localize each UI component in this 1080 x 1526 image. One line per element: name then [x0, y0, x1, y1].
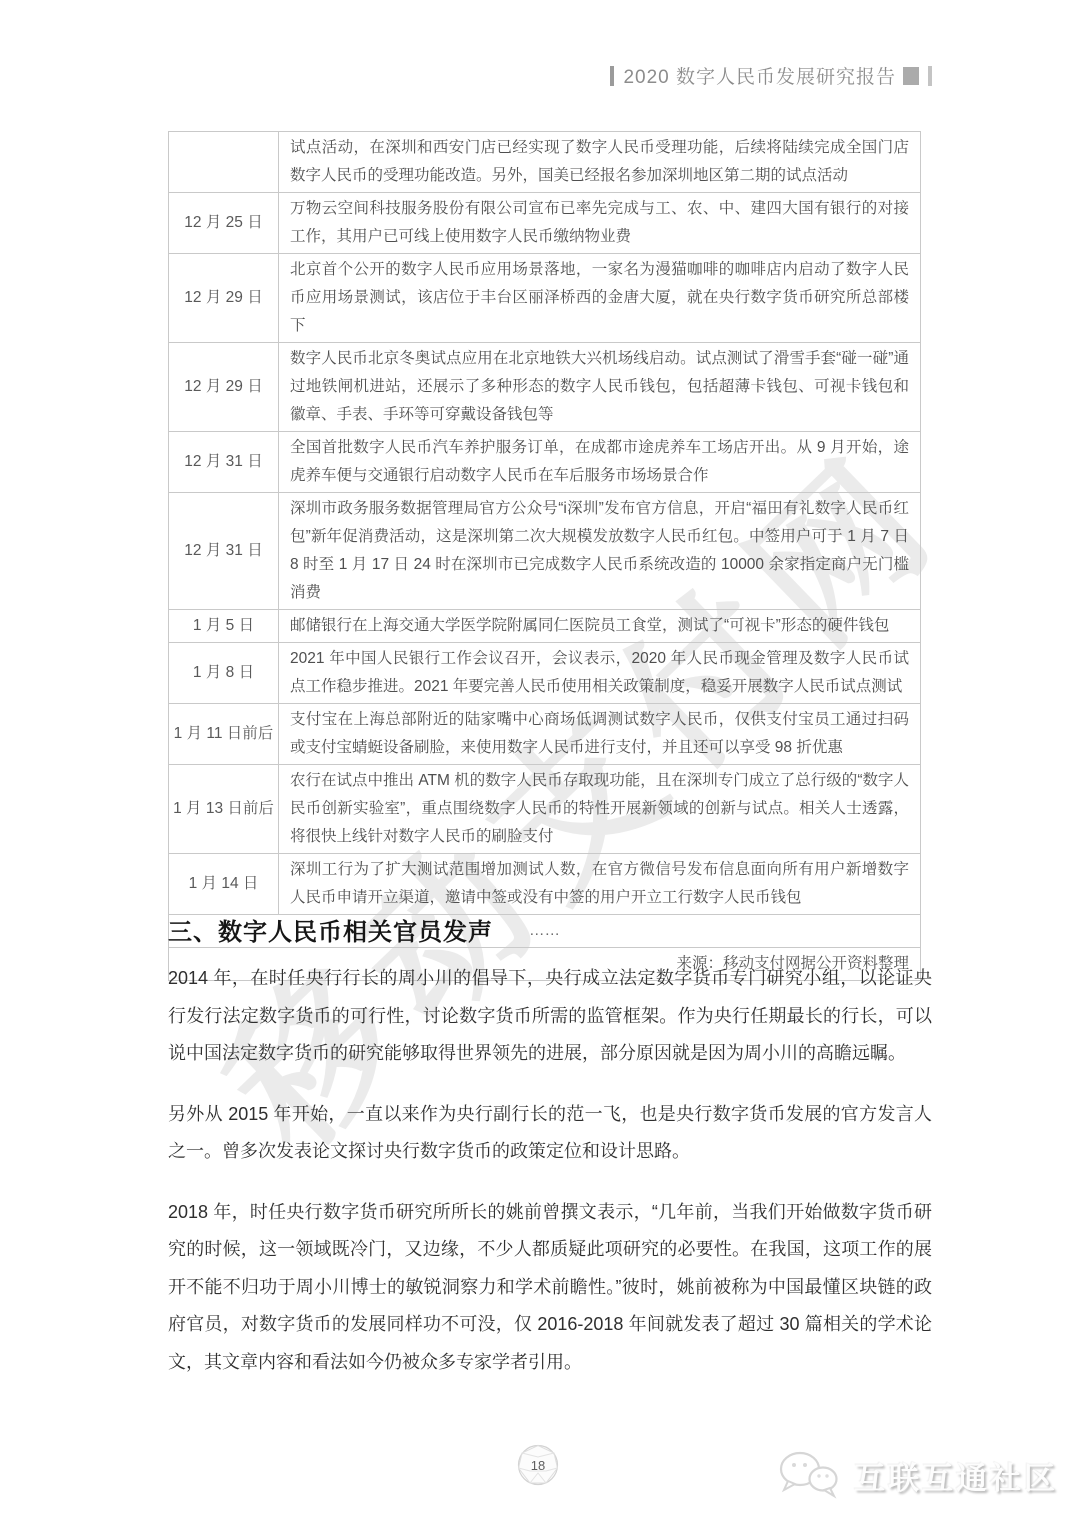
header-square-mark	[903, 67, 919, 85]
community-logo: 互联互通社区	[776, 1448, 1058, 1502]
report-page: 移动支付网 2020 数字人民币发展研究报告 试点活动，在深圳和西安门店已经实现…	[0, 0, 1080, 1526]
chat-bubbles-icon	[776, 1448, 842, 1502]
table-row: 1 月 8 日 2021 年中国人民银行工作会议召开，会议表示，2020 年人民…	[169, 643, 921, 704]
event-cell: 北京首个公开的数字人民币应用场景落地，一家名为漫猫咖啡的咖啡店内启动了数字人民币…	[279, 254, 921, 343]
event-cell: 万物云空间科技服务股份有限公司宣布已率先完成与工、农、中、建四大国有银行的对接工…	[279, 193, 921, 254]
event-cell: 全国首批数字人民币汽车养护服务订单，在成都市途虎养车工场店开出。从 9 月开始，…	[279, 432, 921, 493]
timeline-table: 试点活动，在深圳和西安门店已经实现了数字人民币受理功能，后续将陆续完成全国门店数…	[168, 131, 921, 981]
page-number-emblem: 18	[516, 1443, 560, 1489]
event-cell: 数字人民币北京冬奥试点应用在北京地铁大兴机场线启动。试点测试了滑雪手套“碰一碰”…	[279, 343, 921, 432]
date-cell: 1 月 13 日前后	[169, 765, 279, 854]
date-cell: 12 月 25 日	[169, 193, 279, 254]
table-row: 1 月 11 日前后 支付宝在上海总部附近的陆家嘴中心商场低调测试数字人民币，仅…	[169, 704, 921, 765]
table-row: 12 月 31 日 全国首批数字人民币汽车养护服务订单，在成都市途虎养车工场店开…	[169, 432, 921, 493]
event-cell: 试点活动，在深圳和西安门店已经实现了数字人民币受理功能，后续将陆续完成全国门店数…	[279, 132, 921, 193]
table-row: 1 月 5 日 邮储银行在上海交通大学医学院附属同仁医院员工食堂，测试了“可视卡…	[169, 610, 921, 643]
paragraph: 2014 年，在时任央行行长的周小川的倡导下，央行成立法定数字货币专门研究小组，…	[168, 960, 932, 1073]
date-cell	[169, 132, 279, 193]
date-cell: 1 月 14 日	[169, 854, 279, 915]
table-row: 12 月 31 日 深圳市政务服务数据管理局官方公众号“i深圳”发布官方信息，开…	[169, 493, 921, 610]
event-cell: 支付宝在上海总部附近的陆家嘴中心商场低调测试数字人民币，仅供支付宝员工通过扫码或…	[279, 704, 921, 765]
section-heading: 三、数字人民币相关官员发声	[168, 912, 493, 947]
event-cell: 邮储银行在上海交通大学医学院附属同仁医院员工食堂，测试了“可视卡”形态的硬件钱包	[279, 610, 921, 643]
paragraph: 另外从 2015 年开始，一直以来作为央行副行长的范一飞，也是央行数字货币发展的…	[168, 1096, 932, 1171]
table-row: 12 月 29 日 数字人民币北京冬奥试点应用在北京地铁大兴机场线启动。试点测试…	[169, 343, 921, 432]
date-cell: 12 月 29 日	[169, 343, 279, 432]
event-cell: 深圳工行为了扩大测试范围增加测试人数，在官方微信号发布信息面向所有用户新增数字人…	[279, 854, 921, 915]
date-cell: 1 月 11 日前后	[169, 704, 279, 765]
section-body: 2014 年，在时任央行行长的周小川的倡导下，央行成立法定数字货币专门研究小组，…	[168, 960, 932, 1404]
event-cell: 农行在试点中推出 ATM 机的数字人民币存取现功能，且在深圳专门成立了总行级的“…	[279, 765, 921, 854]
header-right-bar	[928, 66, 932, 86]
date-cell: 1 月 5 日	[169, 610, 279, 643]
paragraph: 2018 年，时任央行数字货币研究所所长的姚前曾撰文表示，“几年前，当我们开始做…	[168, 1194, 932, 1382]
date-cell: 12 月 31 日	[169, 493, 279, 610]
report-title: 2020 数字人民币发展研究报告	[623, 62, 896, 89]
date-cell: 1 月 8 日	[169, 643, 279, 704]
table-row: 12 月 29 日 北京首个公开的数字人民币应用场景落地，一家名为漫猫咖啡的咖啡…	[169, 254, 921, 343]
date-cell: 12 月 31 日	[169, 432, 279, 493]
date-cell: 12 月 29 日	[169, 254, 279, 343]
header-left-bar	[610, 66, 614, 86]
page-number: 18	[516, 1443, 560, 1487]
table-row: 12 月 25 日 万物云空间科技服务股份有限公司宣布已率先完成与工、农、中、建…	[169, 193, 921, 254]
page-header: 2020 数字人民币发展研究报告	[610, 62, 932, 89]
table-row: 试点活动，在深圳和西安门店已经实现了数字人民币受理功能，后续将陆续完成全国门店数…	[169, 132, 921, 193]
table-row: 1 月 13 日前后 农行在试点中推出 ATM 机的数字人民币存取现功能，且在深…	[169, 765, 921, 854]
event-cell: 深圳市政务服务数据管理局官方公众号“i深圳”发布官方信息，开启“福田有礼数字人民…	[279, 493, 921, 610]
community-logo-text: 互联互通社区	[854, 1453, 1058, 1498]
event-cell: 2021 年中国人民银行工作会议召开，会议表示，2020 年人民币现金管理及数字…	[279, 643, 921, 704]
table-row: 1 月 14 日 深圳工行为了扩大测试范围增加测试人数，在官方微信号发布信息面向…	[169, 854, 921, 915]
